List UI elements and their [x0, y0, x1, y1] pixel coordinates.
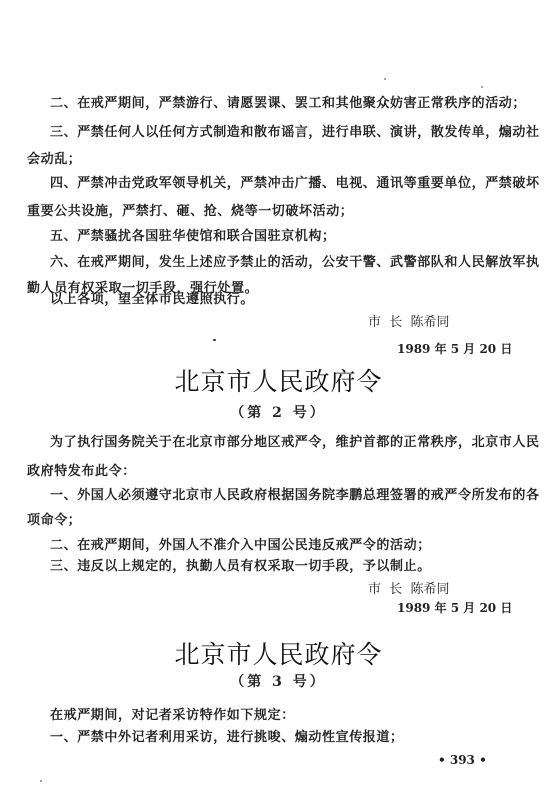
- paragraph-line: 政府特发布此令：: [27, 464, 136, 480]
- scan-speck: [384, 78, 386, 80]
- paragraph-line: 为了执行国务院关于在北京市部分地区戒严令，维护首都的正常秩序，北京市人民: [50, 435, 540, 451]
- scan-speck: [40, 780, 42, 782]
- order-number: （第 2 号）: [0, 404, 557, 422]
- paragraph-line: 五、严禁骚扰各国驻华使馆和联合国驻京机构；: [50, 229, 336, 245]
- paragraph-line: 以上各项，望全体市民遵照执行。: [50, 292, 254, 308]
- page-number: • 393 •: [438, 753, 487, 767]
- paragraph-line: 在戒严期间，对记者采访特作如下规定：: [50, 708, 295, 724]
- order-title: 北京市人民政府令: [0, 367, 557, 397]
- date: 1989 年 5 月 20 日: [397, 600, 512, 616]
- paragraph-line: 三、严禁任何人以任何方式制造和散布谣言，进行串联、演讲，散发传单，煽动社: [50, 125, 540, 141]
- paragraph-line: 一、严禁中外记者利用采访，进行挑唆、煽动性宣传报道；: [50, 730, 404, 746]
- paragraph-line: 会动乱；: [27, 152, 81, 168]
- scan-speck: [213, 339, 216, 341]
- paragraph-line: 二、在戒严期间，外国人不准介入中国公民违反戒严令的活动；: [50, 538, 431, 554]
- order-title: 北京市人民政府令: [0, 640, 557, 670]
- scan-speck: [481, 86, 483, 88]
- paragraph-line: 一、外国人必须遵守北京市人民政府根据国务院李鹏总理签署的戒严令所发布的各: [50, 488, 540, 504]
- date: 1989 年 5 月 20 日: [397, 341, 512, 357]
- signature: 市 长 陈希同: [368, 582, 450, 598]
- paragraph-line: 二、在戒严期间，严禁游行、请愿罢课、罢工和其他聚众妨害正常秩序的活动；: [50, 96, 526, 112]
- paragraph-line: 重要公共设施，严禁打、砸、抢、烧等一切破坏活动；: [27, 204, 353, 220]
- paragraph-line: 四、严禁冲击党政军领导机关，严禁冲击广播、电视、通讯等重要单位，严禁破坏: [50, 176, 540, 192]
- order-number: （第 3 号）: [0, 673, 557, 691]
- signature: 市 长 陈希同: [368, 315, 450, 331]
- paragraph-line: 六、在戒严期间，发生上述应予禁止的活动，公安干警、武警部队和人民解放军执: [50, 255, 540, 271]
- paragraph-line: 三、违反以上规定的，执勤人员有权采取一切手段，予以制止。: [50, 559, 431, 575]
- paragraph-line: 项命令；: [27, 513, 81, 529]
